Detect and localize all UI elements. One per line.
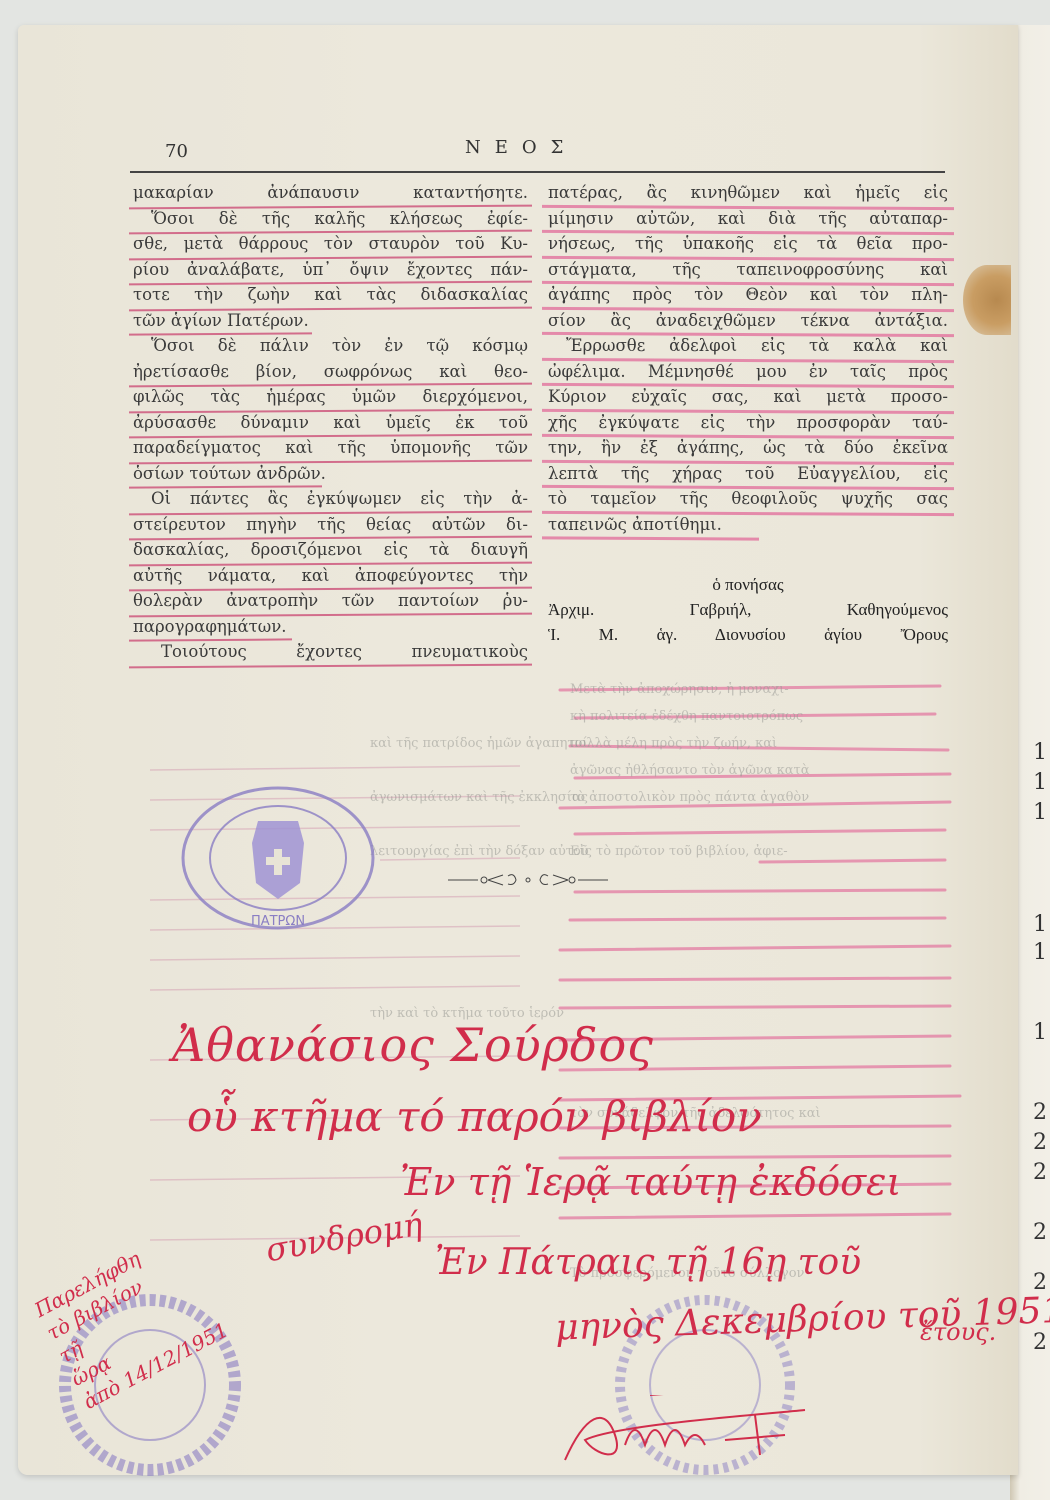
text-line: Ὅσοι δὲ πάλιν τὸν ἐν τῷ κόσμῳ [133, 333, 528, 359]
text-line: νήσεως, τῆς ὑπακοῆς εἰς τὰ θεῖα προ- [548, 231, 948, 257]
text-line: τοτε τὴν ζωὴν καὶ τὰς διδασκαλίας [133, 282, 528, 308]
text-line: στείρευτον πηγὴν τῆς θείας αὐτῶν δι- [133, 512, 528, 538]
bleed-through-text: πολλὰ μέλη πρὸς τὴν ζωήν, καὶ [570, 730, 777, 757]
text-line: τὸ ταμεῖον τῆς θεοφιλοῦς ψυχῆς σας [548, 486, 948, 512]
text-line: ἠρετίσασθε βίον, σωφρόνως καὶ θεο- [133, 359, 528, 385]
paper-stain [963, 265, 1011, 335]
bleed-through-text: κὴ πολιτεία ἐδέχθη παντοιοτρόπως [570, 703, 803, 730]
text-line: φιλῶς τὰς ἡμέρας ὑμῶν διερχόμενοι, [133, 384, 528, 410]
text-line: Τοιούτους ἔχοντες πνευματικοὺς [133, 639, 528, 665]
bleed-through-text: Εἰς τὸ πρῶτον τοῦ βιβλίου, ἀφιε- [570, 838, 788, 865]
bleed-through-text: ἀγωνισμάτων καὶ τῆς ἐκκλησίας [370, 784, 588, 811]
text-line: λεπτὰ τῆς χήρας τοῦ Εὐαγγελίου, εἰς [548, 461, 948, 487]
text-line: σίον ἂς ἀναδειχθῶμεν τέκνα ἀντάξια. [548, 308, 948, 334]
text-line: Ἔρρωσθε ἀδελφοὶ εἰς τὰ καλὰ καὶ [548, 333, 948, 359]
handwritten-line: Ἐν τῇ Ἱερᾷ ταύτῃ ἐκδόσει [400, 1160, 901, 1204]
text-line: μίμησιν αὐτῶν, καὶ διὰ τῆς αὐταπαρ- [548, 206, 948, 232]
text-line: δασκαλίας, δροσιζόμενοι εἰς τὰ διαυγῆ [133, 537, 528, 563]
text-line: ρίου ἀναλάβατε, ὑπ᾿ ὄψιν ἔχοντες πάν- [133, 257, 528, 283]
text-line: τῶν ἁγίων Πατέρων. [133, 308, 308, 334]
text-line: παραδείγματος καὶ τῆς ὑπομονῆς τῶν [133, 435, 528, 461]
signature-line: Ἀρχιμ. Γαβριήλ, Καθηγούμενος [548, 597, 948, 622]
text-line: σθε, μετὰ θάρρους τὸν σταυρὸν τοῦ Κυ- [133, 231, 528, 257]
text-line: αὐτῆς νάματα, καὶ ἀποφεύγοντες τὴν [133, 563, 528, 589]
bleed-through-text: ἀγῶνας ἠθλήσαντο τὸν ἀγῶνα κατὰ [570, 757, 809, 784]
text-line: θολερὰν ἀνατροπὴν τῶν παντοίων ῥυ- [133, 588, 528, 614]
text-line: ἀγάπης πρὸς τὸν Θεὸν καὶ τὸν πλη- [548, 282, 948, 308]
handwritten-line: ἔτους. [920, 1318, 996, 1346]
author-signature-block: ὁ πονήσας Ἀρχιμ. Γαβριήλ, Καθηγούμενος Ἱ… [548, 572, 948, 647]
text-line: παρογραφημάτων. [133, 614, 288, 640]
page-header: 70 ΝΕΟΣ [165, 135, 945, 165]
text-line: ταπεινῶς ἀποτίθημι. [548, 512, 753, 538]
text-line: ὁσίων τούτων ἀνδρῶν. [133, 461, 318, 487]
text-line: Κύριον εὐχαῖς σας, καὶ μετὰ προσο- [548, 384, 948, 410]
text-line: Οἱ πάντες ἂς ἐγκύψωμεν εἰς τὴν ἀ- [133, 486, 528, 512]
text-line: μακαρίαν ἀνάπαυσιν καταντήσητε. [133, 180, 528, 206]
handwritten-line: οὗ κτῆμα τό παρόν βιβλίον [187, 1092, 762, 1141]
text-line: Ὅσοι δὲ τῆς καλῆς κλήσεως ἐφίε- [133, 206, 528, 232]
left-column: μακαρίαν ἀνάπαυσιν καταντήσητε. Ὅσοι δὲ … [133, 180, 528, 665]
running-title: ΝΕΟΣ [465, 137, 577, 158]
handwritten-date-line: Ἐν Πάτραις τῇ 16ῃ τοῦ [435, 1242, 861, 1283]
header-rule [130, 171, 945, 173]
bleed-through-text: τὸ ἀποστολικὸν πρὸς πάντα ἀγαθὸν [570, 784, 809, 811]
text-line: ἀρύσασθε δύναμιν καὶ ὑμεῖς ἐκ τοῦ [133, 410, 528, 436]
right-column: πατέρας, ἂς κινηθῶμεν καὶ ἡμεῖς εἰς μίμη… [548, 180, 948, 537]
text-line: στάγματα, τῆς ταπεινοφροσύνης καὶ [548, 257, 948, 283]
handwritten-signature [555, 1395, 825, 1465]
church-stamp: ΠΑΤΡΩΝ [178, 783, 378, 933]
page-number: 70 [165, 141, 188, 162]
text-line: χῆς ἐγκύψατε εἰς τὴν προσφορὰν ταύ- [548, 410, 948, 436]
text-line: πατέρας, ἂς κινηθῶμεν καὶ ἡμεῖς εἰς [548, 180, 948, 206]
bleed-through-text: Μετὰ τὴν ἀποχώρησιν, ἡ μοναχι- [570, 676, 789, 703]
signature-line: Ἱ. Μ. ἁγ. Διονυσίου ἁγίου Ὄρους [548, 622, 948, 647]
ornament-divider [448, 872, 608, 888]
bleed-through-text: καὶ τῆς πατρίδος ἡμῶν ἀγαπητοί [370, 730, 588, 757]
svg-text:ΠΑΤΡΩΝ: ΠΑΤΡΩΝ [251, 914, 305, 929]
handwritten-owner-name: Ἀθανάσιος Σούρδος [172, 1018, 654, 1072]
bleed-through-text: λειτουργίας ἐπὶ τὴν δόξαν αὐτοῦ [370, 838, 589, 865]
text-line: ὠφέλιμα. Μέμνησθέ μου ἐν ταῖς πρὸς [548, 359, 948, 385]
text-line: την, ἣν ἐξ ἀγάπης, ὡς τὰ δύο ἐκεῖνα [548, 435, 948, 461]
signature-line: ὁ πονήσας [548, 572, 948, 597]
